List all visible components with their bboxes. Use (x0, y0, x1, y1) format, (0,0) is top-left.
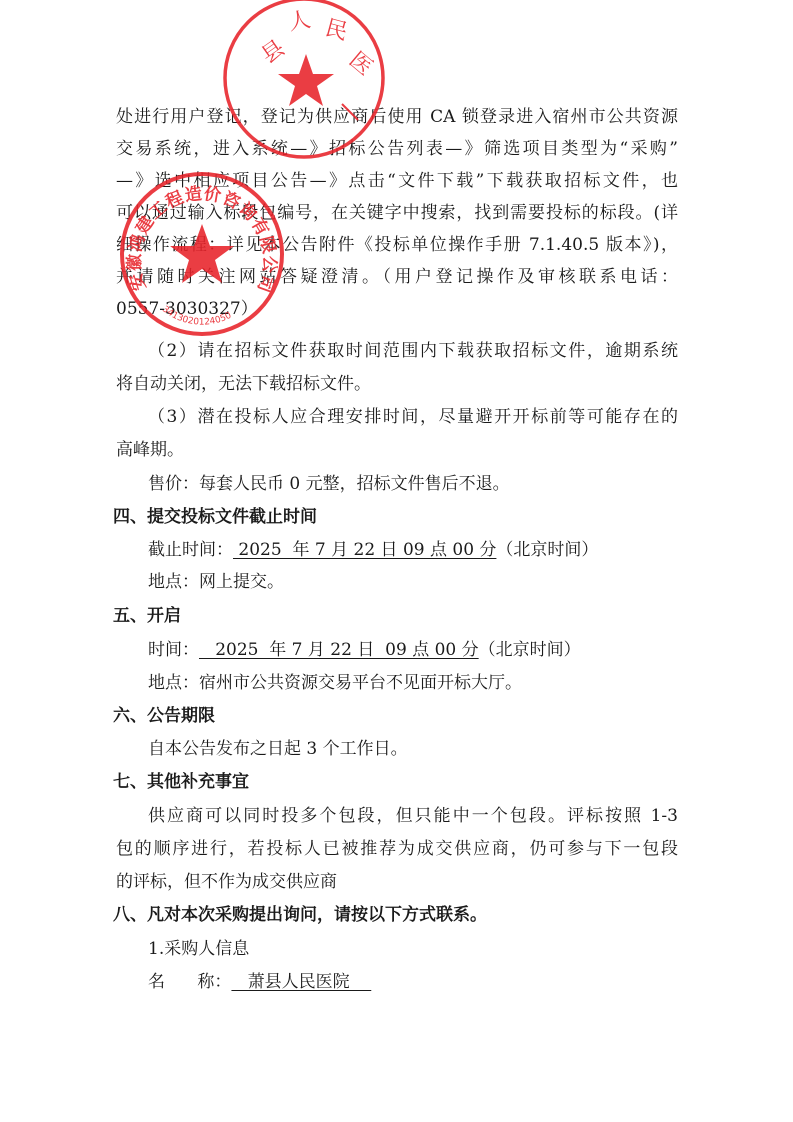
deadline-line: 截止时间： 2025 年 7 月 22 日 09 点 00 分（北京时间） (148, 534, 678, 567)
item-3-line: （3）潜在投标人应合理安排时间，尽量避开开标前等可能存在的 (148, 401, 678, 434)
paragraph-line: —》选中相应项目公告—》点击“文件下载”下载获取招标文件，也 (116, 165, 678, 198)
svg-text:民: 民 (322, 16, 350, 46)
svg-text:人: 人 (287, 7, 313, 35)
opening-time-label: 时间： (148, 640, 199, 660)
item-3-line: 高峰期。 (116, 434, 678, 467)
paragraph-line: 细操作流程：详见本公告附件《投标单位操作手册 7.1.40.5 版本》)， (116, 229, 678, 262)
purchaser-info-heading: 1.采购人信息 (148, 933, 678, 966)
star-icon (278, 54, 334, 106)
paragraph-line: 处进行用户登记，登记为供应商后使用 CA 锁登录进入宿州市公共资源 (116, 101, 678, 134)
item-2-line: 将自动关闭，无法下载招标文件。 (116, 368, 678, 401)
opening-location: 地点：宿州市公共资源交易平台不见面开标大厅。 (148, 667, 678, 700)
deadline-suffix: （北京时间） (496, 540, 598, 560)
price-line: 售价：每套人民币 0 元整，招标文件售后不退。 (148, 468, 678, 501)
item-2-line: （2）请在招标文件获取时间范围内下载获取招标文件，逾期系统 (148, 335, 678, 368)
section-8-heading: 八、凡对本次采购提出询问，请按以下方式联系。 (113, 899, 675, 932)
phone-number-line: 0557-3030327） (116, 293, 678, 326)
document-page: 处进行用户登记，登记为供应商后使用 CA 锁登录进入宿州市公共资源 交易系统，进… (0, 0, 793, 1122)
deadline-label: 截止时间： (148, 540, 233, 560)
supplement-line: 供应商可以同时投多个包段，但只能中一个包段。评标按照 1-3 (148, 800, 678, 833)
section-6-heading: 六、公告期限 (113, 700, 675, 733)
purchaser-name-label: 名 称： (148, 972, 231, 992)
svg-text:医: 医 (344, 47, 377, 80)
paragraph-line: 可以通过输入标段包编号，在关键字中搜索，找到需要投标的标段。(详 (116, 197, 678, 230)
supplement-line: 的评标，但不作为成交供应商 (116, 866, 678, 899)
section-4-heading: 四、提交投标文件截止时间 (113, 501, 675, 534)
section-5-heading: 五、开启 (113, 600, 675, 633)
paragraph-line: 并请随时关注网站答疑澄清。（用户登记操作及审核联系电话： (116, 261, 678, 294)
purchaser-name-line: 名 称： 萧县人民医院 (148, 966, 678, 999)
opening-time-suffix: （北京时间） (479, 640, 581, 660)
deadline-value: 2025 年 7 月 22 日 09 点 00 分 (233, 540, 496, 560)
opening-time-value: 2025 年 7 月 22 日 09 点 00 分 (199, 640, 479, 660)
svg-text:县: 县 (257, 36, 289, 69)
submission-location: 地点：网上提交。 (148, 566, 678, 599)
announcement-period: 自本公告发布之日起 3 个工作日。 (148, 733, 678, 766)
purchaser-name-value: 萧县人民医院 (231, 972, 371, 992)
paragraph-line: 交易系统，进入系统—》招标公告列表—》筛选项目类型为“采购” (116, 133, 678, 166)
section-7-heading: 七、其他补充事宜 (113, 766, 675, 799)
opening-time-line: 时间： 2025 年 7 月 22 日 09 点 00 分（北京时间） (148, 634, 678, 667)
supplement-line: 包的顺序进行，若投标人已被推荐为成交供应商，仍可参与下一包段 (116, 833, 678, 866)
